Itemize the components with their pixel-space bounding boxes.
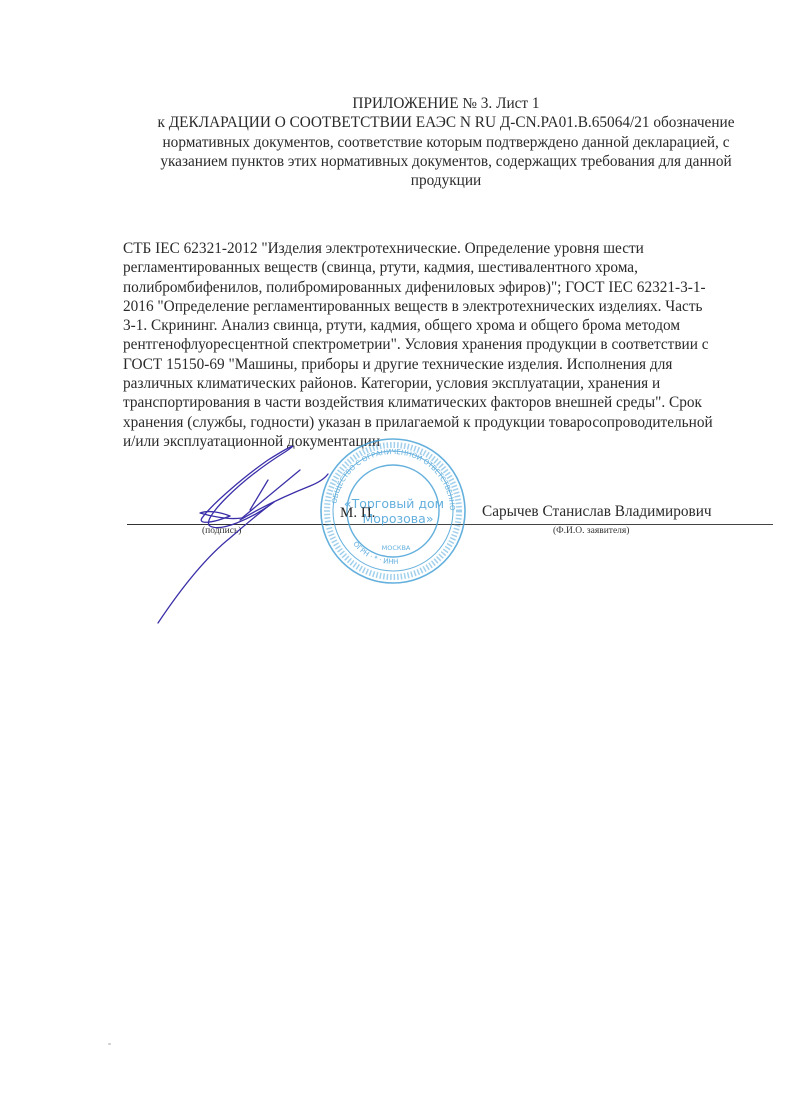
body-line: полибромбифенилов, полибромированных диф… — [123, 278, 783, 297]
body-line: 2016 "Определение регламентированных вещ… — [123, 297, 783, 316]
document-page: ПРИЛОЖЕНИЕ № 3. Лист 1 к ДЕКЛАРАЦИИ О СО… — [0, 0, 792, 1120]
body-line: транспортирования в части воздействия кл… — [123, 393, 783, 412]
body-line: различных климатических районов. Категор… — [123, 374, 783, 393]
header-line: ПРИЛОЖЕНИЕ № 3. Лист 1 — [110, 94, 782, 113]
scan-speck — [108, 1043, 111, 1045]
body-line: регламентированных веществ (свинца, ртут… — [123, 258, 783, 277]
header-line: продукции — [110, 171, 782, 190]
applicant-caption: (Ф.И.О. заявителя) — [553, 526, 629, 536]
header-line: указанием пунктов этих нормативных докум… — [110, 152, 782, 171]
body-line: 3-1. Скрининг. Анализ свинца, ртути, кад… — [123, 316, 783, 335]
body-line: ГОСТ 15150-69 "Машины, приборы и другие … — [123, 355, 783, 374]
body-line: рентгенофлуоресцентной спектрометрии". У… — [123, 335, 783, 354]
header-line: к ДЕКЛАРАЦИИ О СООТВЕТСТВИИ ЕАЭС N RU Д-… — [110, 113, 782, 132]
body-line: хранения (службы, годности) указан в при… — [123, 413, 783, 432]
body-line: СТБ IEC 62321-2012 "Изделия электротехни… — [123, 239, 783, 258]
header-line: нормативных документов, соответствие кот… — [110, 133, 782, 152]
handwritten-signature-icon — [150, 440, 390, 630]
applicant-name: Сарычев Станислав Владимирович — [482, 503, 712, 521]
appendix-header: ПРИЛОЖЕНИЕ № 3. Лист 1 к ДЕКЛАРАЦИИ О СО… — [110, 94, 782, 190]
standards-paragraph: СТБ IEC 62321-2012 "Изделия электротехни… — [123, 239, 783, 451]
